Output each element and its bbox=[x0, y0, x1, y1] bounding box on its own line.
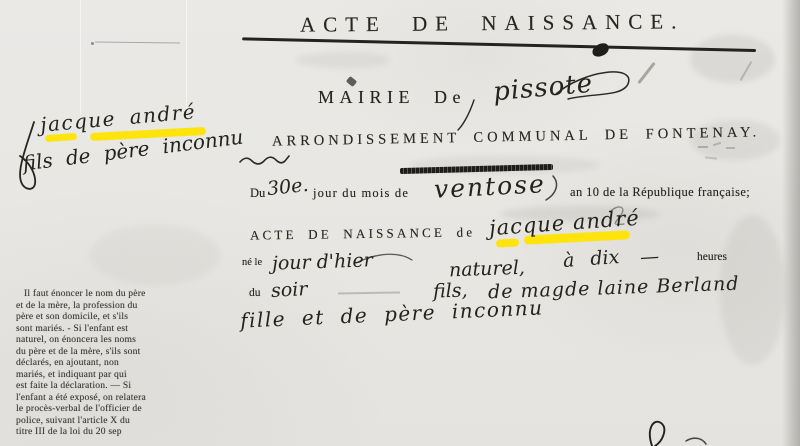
scan-edge-shadow bbox=[782, 0, 800, 446]
horizontal-rule bbox=[242, 37, 756, 51]
paper-smudge bbox=[295, 52, 390, 68]
bleed-through-mark bbox=[705, 156, 717, 159]
arrondissement-line: ARRONDISSEMENT COMMUNAL DE FONTENAY. bbox=[272, 124, 761, 150]
date-day-handwritten: 30e. bbox=[266, 174, 310, 200]
naturel-handwritten: naturel, bbox=[449, 257, 526, 282]
instruction-line: sont mariés. - Si l'enfant est bbox=[16, 323, 240, 335]
bleed-through-mark bbox=[726, 147, 735, 149]
document-title: ACTE DE NAISSANCE. bbox=[300, 9, 685, 37]
instruction-line: du père et de la mère, s'ils sont bbox=[16, 346, 240, 358]
ink-speck bbox=[346, 76, 357, 87]
birth-certificate-scan: ACTE DE NAISSANCE. MAIRIE De pissote ARR… bbox=[0, 0, 800, 446]
paper-fold-line bbox=[80, 0, 81, 115]
instruction-line: et de la mère, la profession du bbox=[16, 300, 240, 312]
instruction-line: l'enfant a été exposé, on relatera bbox=[16, 392, 240, 404]
acte-line-label: ACTE DE NAISSANCE de bbox=[250, 224, 475, 243]
soir-handwritten: soir bbox=[270, 278, 307, 302]
date-month-handwritten: ventose bbox=[433, 169, 546, 204]
pen-dash: — bbox=[639, 245, 659, 268]
du-label: du bbox=[249, 287, 261, 299]
mairie-label: MAIRIE De bbox=[318, 87, 466, 108]
instruction-line: mariés, et indiquant par qui bbox=[16, 369, 240, 381]
date-month-label: jour du mois de bbox=[313, 186, 409, 201]
faint-pen-dash bbox=[338, 291, 400, 294]
paper-smudge bbox=[690, 35, 775, 83]
ventose-closing-flourish-icon bbox=[546, 176, 557, 200]
heures-label: heures bbox=[697, 251, 727, 263]
instruction-line: est faite la déclaration. — Si bbox=[16, 380, 240, 392]
highlight-name-short bbox=[496, 238, 519, 247]
instruction-line: déclarés, en ajoutant, non bbox=[16, 357, 240, 369]
date-an-label: an 10 de la République française; bbox=[570, 185, 750, 200]
hour-handwritten: à dix bbox=[562, 246, 620, 272]
signature-fragment-icon bbox=[686, 438, 706, 444]
pen-squiggle-icon bbox=[240, 156, 289, 164]
instruction-line: titre III de la loi du 20 sep bbox=[16, 426, 240, 438]
ne-le-label: né le bbox=[242, 257, 262, 268]
bleed-through-mark bbox=[698, 146, 708, 148]
scratch-mark bbox=[95, 42, 180, 44]
instruction-line: le procès-verbal de l'officier de bbox=[16, 403, 240, 415]
birth-day-handwritten: jour d'hier bbox=[272, 249, 373, 275]
signature-fragment-icon bbox=[650, 422, 664, 446]
instruction-line: naturel, on énoncera les noms bbox=[16, 334, 240, 346]
date-du-label: Du bbox=[250, 186, 265, 201]
instruction-line: Il faut énoncer le nom du père bbox=[16, 288, 240, 300]
faint-pen-stroke bbox=[637, 62, 655, 84]
instruction-line: police, suivant l'article X du bbox=[16, 415, 240, 427]
mairie-handwritten-value: pissote bbox=[492, 69, 594, 108]
ink-blot bbox=[591, 42, 611, 59]
paper-fold-line bbox=[186, 0, 187, 115]
paper-smudge bbox=[90, 225, 220, 285]
ink-speck bbox=[91, 42, 94, 45]
instruction-line: père et son domicile, et s'ils bbox=[16, 311, 240, 323]
margin-instructions-block: Il faut énoncer le nom du père et de la … bbox=[16, 288, 240, 438]
